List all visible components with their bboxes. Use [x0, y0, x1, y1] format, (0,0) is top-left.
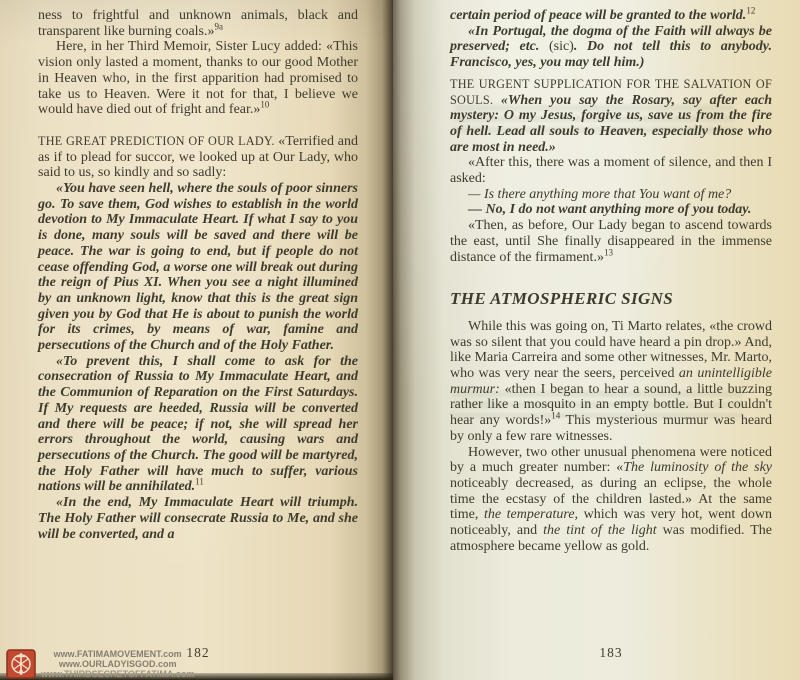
text-run: (sic) [549, 39, 574, 54]
text-run: the temperature, [484, 507, 578, 522]
book-spread: ness to frightful and unknown animals, b… [0, 0, 800, 680]
text-run: «Then, as before, Our Lady began to asce… [450, 218, 772, 264]
paragraph: «You have seen hell, where the souls of … [38, 181, 358, 354]
text-run: «You have seen hell, where the souls of … [38, 181, 358, 353]
paragraph: While this was going on, Ti Marto relate… [450, 319, 772, 445]
text-run: The luminosity of the sky [623, 460, 772, 475]
footnote-marker: 9a [215, 21, 224, 31]
footnote-marker: 12 [746, 5, 755, 15]
paragraph: — Is there anything more that You want o… [450, 187, 772, 203]
watermark-url: www.THIRDSECRETOFFATIMA.com [41, 669, 194, 679]
watermark-url: www.FATIMAMOVEMENT.com [54, 649, 182, 659]
left-page: ness to frightful and unknown animals, b… [0, 0, 393, 680]
paragraph: certain period of peace will be granted … [450, 8, 772, 24]
paragraph: «In Portugal, the dogma of the Faith wil… [450, 24, 772, 71]
right-page-number: 183 [450, 645, 772, 661]
footnote-marker: 13 [604, 247, 613, 257]
left-page-text: ness to frightful and unknown animals, b… [38, 8, 358, 542]
text-run: Here, in her Third Memoir, Sister Lucy a… [38, 39, 358, 117]
watermark-urls: www.FATIMAMOVEMENT.com www.OURLADYISGOD.… [41, 649, 194, 679]
text-run: «After this, there was a moment of silen… [450, 155, 772, 186]
text-run: — Is there anything more that You want o… [468, 187, 731, 202]
paragraph: — No, I do not want anything more of you… [450, 202, 772, 218]
paragraph: THE URGENT SUPPLICATION FOR THE SALVATIO… [450, 77, 772, 156]
paragraph: «In the end, My Immaculate Heart will tr… [38, 495, 358, 542]
footnote-marker: 10 [260, 100, 269, 110]
footnote-marker: 14 [551, 411, 560, 421]
section-heading: THE ATMOSPHERIC SIGNS [450, 291, 772, 309]
paragraph: ness to frightful and unknown animals, b… [38, 8, 358, 39]
paragraph: «Then, as before, Our Lady began to asce… [450, 218, 772, 265]
text-run: the tint of the light [543, 523, 656, 538]
paragraph: «To prevent this, I shall come to ask fo… [38, 354, 358, 495]
text-run: «To prevent this, I shall come to ask fo… [38, 354, 358, 495]
text-run: «In the end, My Immaculate Heart will tr… [38, 495, 358, 541]
text-run: — No, I do not want anything more of you… [468, 202, 751, 217]
text-run: THE ATMOSPHERIC SIGNS [450, 289, 673, 308]
watermark-url: www.OURLADYISGOD.com [59, 659, 177, 669]
text-run: THE GREAT PREDICTION OF OUR LADY. [38, 134, 278, 148]
paragraph: «After this, there was a moment of silen… [450, 155, 772, 186]
fatima-crest-logo-icon [6, 649, 36, 679]
paragraph: Here, in her Third Memoir, Sister Lucy a… [38, 39, 358, 118]
footnote-marker: 11 [195, 477, 204, 487]
watermark: www.FATIMAMOVEMENT.com www.OURLADYISGOD.… [6, 649, 194, 679]
paragraph: However, two other unusual phenomena wer… [450, 445, 772, 555]
text-run: ness to frightful and unknown animals, b… [38, 8, 358, 39]
text-run: certain period of peace will be granted … [450, 8, 746, 23]
paragraph: THE GREAT PREDICTION OF OUR LADY. «Terri… [38, 134, 358, 181]
right-page-text: certain period of peace will be granted … [450, 8, 772, 555]
right-page: certain period of peace will be granted … [393, 0, 800, 680]
